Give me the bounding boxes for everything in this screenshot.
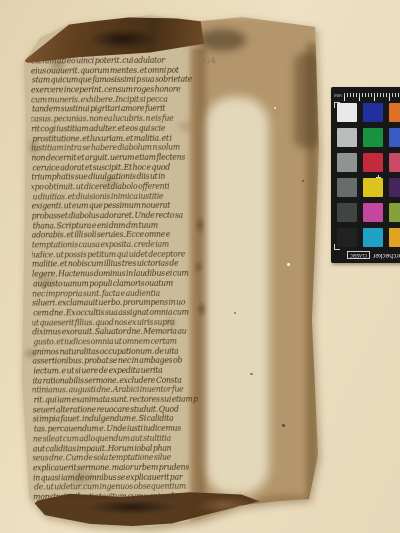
ruler-unit-label: mm xyxy=(334,93,342,98)
swatch-neutral-2 xyxy=(337,128,357,147)
swatch-neutral-1 xyxy=(337,103,357,122)
color-checker-card: mm colorchecker CL xyxy=(331,87,400,263)
swatch-primary-magenta xyxy=(363,203,383,222)
ruler-ticks xyxy=(344,93,400,101)
swatch-purplish-blue xyxy=(389,128,400,147)
ruler-scale: mm xyxy=(334,93,400,101)
bottom-stain-tail xyxy=(254,494,320,514)
manuscript-leaf-shadow: etenim ab eo uinci poterit. cui adulator… xyxy=(0,0,400,533)
speck xyxy=(274,107,276,109)
swatch-primary-red xyxy=(363,153,383,172)
swatch-primary-green xyxy=(363,128,383,147)
swatch-primary-cyan xyxy=(363,228,383,247)
colorchecker-variant-label: CLASSIC xyxy=(347,252,370,260)
swatch-moderate-red xyxy=(389,153,400,172)
colorchecker-brand-label: colorchecker xyxy=(373,252,400,259)
speck xyxy=(250,373,253,375)
stain-smudge xyxy=(198,29,246,51)
bottom-stain-band xyxy=(28,490,260,528)
swatch-primary-yellow xyxy=(363,178,383,197)
manuscript-text-block: etenim ab eo uinci poterit. cui adulator… xyxy=(31,56,201,504)
photo-backdrop: etenim ab eo uinci poterit. cui adulator… xyxy=(0,0,400,533)
swatch-neutral-3 xyxy=(337,153,357,172)
swatch-grid xyxy=(337,103,400,247)
swatch-orange xyxy=(389,103,400,122)
speck xyxy=(234,312,236,314)
swatch-primary-blue xyxy=(363,103,383,122)
swatch-purple xyxy=(389,178,400,197)
swatch-yellow-green xyxy=(389,203,400,222)
speck xyxy=(287,263,290,266)
manuscript-leaf: etenim ab eo uinci poterit. cui adulator… xyxy=(22,13,319,529)
speck xyxy=(282,424,285,427)
swatch-neutral-6 xyxy=(337,228,357,247)
swatch-orange-yellow xyxy=(389,228,400,247)
speck xyxy=(302,180,304,182)
swatch-neutral-5 xyxy=(337,203,357,222)
shelfmark-inscription: F/4 xyxy=(202,56,217,67)
colorchecker-logo: colorchecker CLASSIC xyxy=(333,250,400,261)
swatch-neutral-4 xyxy=(337,178,357,197)
